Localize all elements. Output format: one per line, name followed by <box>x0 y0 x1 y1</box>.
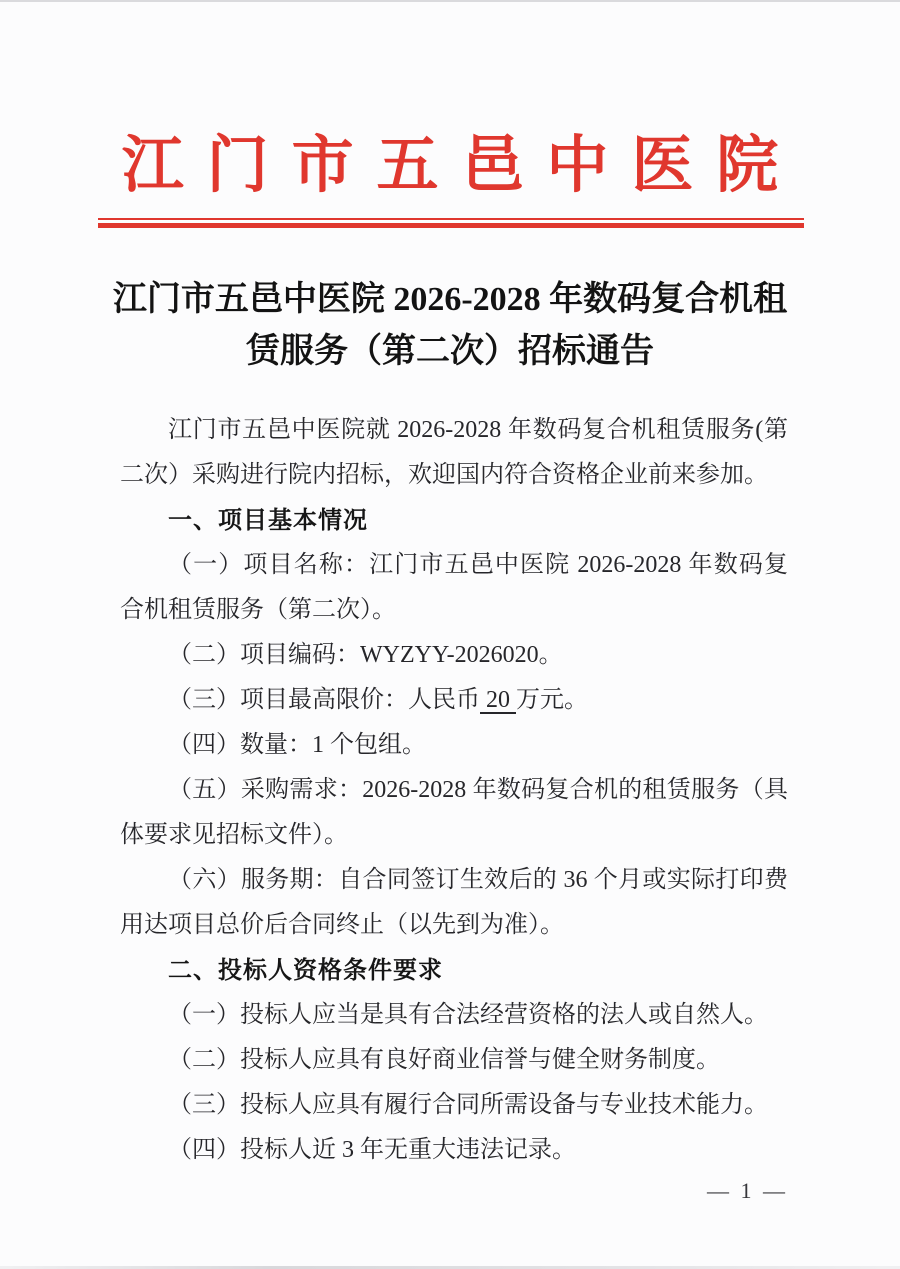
text-line: 一、项目基本情况 <box>120 498 788 543</box>
text-segment: （六）服务期：自合同签订生效后的 36 个月或实际打印费 <box>168 867 788 893</box>
document-body: 江门市五邑中医院就 2026-2028 年数码复合机租赁服务(第二次）采购进行院… <box>120 408 788 1173</box>
paragraph: （六）服务期：自合同签订生效后的 36 个月或实际打印费用达项目总价后合同终止（… <box>120 858 788 948</box>
text-line: （四）数量：1 个包组。 <box>120 723 788 768</box>
text-segment: （三）投标人应具有履行合同所需设备与专业技术能力。 <box>168 1092 768 1118</box>
underlined-value: 20 <box>480 687 516 713</box>
text-segment: （五）采购需求：2026-2028 年数码复合机的租赁服务（具 <box>168 777 788 803</box>
text-line: 合机租赁服务（第二次）。 <box>120 588 788 633</box>
text-line: （六）服务期：自合同签订生效后的 36 个月或实际打印费 <box>120 858 788 903</box>
paragraph: （五）采购需求：2026-2028 年数码复合机的租赁服务（具体要求见招标文件）… <box>120 768 788 858</box>
document-title-line-1: 江门市五邑中医院 2026-2028 年数码复合机租 <box>50 274 850 326</box>
text-segment: （三）项目最高限价：人民币 <box>168 687 480 713</box>
text-segment: （一）投标人应当是具有合法经营资格的法人或自然人。 <box>168 1002 768 1028</box>
text-segment: 二次）采购进行院内招标，欢迎国内符合资格企业前来参加。 <box>120 462 768 488</box>
paragraph: （一）项目名称：江门市五邑中医院 2026-2028 年数码复合机租赁服务（第二… <box>120 543 788 633</box>
paragraph: （四）数量：1 个包组。 <box>120 723 788 768</box>
text-segment: 用达项目总价后合同终止（以先到为准）。 <box>120 912 564 938</box>
text-line: 二、投标人资格条件要求 <box>120 948 788 993</box>
scan-edge-artifact-top <box>0 0 900 2</box>
text-segment: 万元。 <box>516 687 588 713</box>
text-line: 用达项目总价后合同终止（以先到为准）。 <box>120 903 788 948</box>
section-heading: 一、项目基本情况 <box>120 498 788 543</box>
paragraph: （二）项目编码：WYZYY-2026020。 <box>120 633 788 678</box>
paragraph: 江门市五邑中医院就 2026-2028 年数码复合机租赁服务(第二次）采购进行院… <box>120 408 788 498</box>
text-line: （一）投标人应当是具有合法经营资格的法人或自然人。 <box>120 993 788 1038</box>
text-line: 二次）采购进行院内招标，欢迎国内符合资格企业前来参加。 <box>120 453 788 498</box>
text-line: （二）项目编码：WYZYY-2026020。 <box>120 633 788 678</box>
text-line: （二）投标人应具有良好商业信誉与健全财务制度。 <box>120 1038 788 1083</box>
text-line: （一）项目名称：江门市五邑中医院 2026-2028 年数码复 <box>120 543 788 588</box>
text-segment: 二、投标人资格条件要求 <box>168 957 443 984</box>
hospital-masthead: 江门市五邑中医院 <box>0 126 900 206</box>
text-segment: （一）项目名称：江门市五邑中医院 2026-2028 年数码复 <box>168 552 788 578</box>
document-title: 江门市五邑中医院 2026-2028 年数码复合机租 赁服务（第二次）招标通告 <box>50 274 850 378</box>
paragraph: （三）投标人应具有履行合同所需设备与专业技术能力。 <box>120 1083 788 1128</box>
text-line: （四）投标人近 3 年无重大违法记录。 <box>120 1128 788 1173</box>
paragraph: （四）投标人近 3 年无重大违法记录。 <box>120 1128 788 1173</box>
section-heading: 二、投标人资格条件要求 <box>120 948 788 993</box>
text-segment: （二）投标人应具有良好商业信誉与健全财务制度。 <box>168 1047 720 1073</box>
text-line: 体要求见招标文件）。 <box>120 813 788 858</box>
paragraph: （三）项目最高限价：人民币 20 万元。 <box>120 678 788 723</box>
page-number: — 1 — <box>707 1178 788 1204</box>
text-line: （五）采购需求：2026-2028 年数码复合机的租赁服务（具 <box>120 768 788 813</box>
text-segment: （二）项目编码：WYZYY-2026020。 <box>168 642 563 668</box>
text-segment: 江门市五邑中医院就 2026-2028 年数码复合机租赁服务(第 <box>168 417 788 443</box>
text-line: （三）项目最高限价：人民币 20 万元。 <box>120 678 788 723</box>
text-segment: 一、项目基本情况 <box>168 507 368 534</box>
text-line: （三）投标人应具有履行合同所需设备与专业技术能力。 <box>120 1083 788 1128</box>
text-segment: 体要求见招标文件）。 <box>120 822 348 848</box>
scanned-document-page: 江门市五邑中医院 江门市五邑中医院 2026-2028 年数码复合机租 赁服务（… <box>0 0 900 1269</box>
text-segment: （四）投标人近 3 年无重大违法记录。 <box>168 1137 576 1163</box>
paragraph: （二）投标人应具有良好商业信誉与健全财务制度。 <box>120 1038 788 1083</box>
document-title-line-2: 赁服务（第二次）招标通告 <box>50 326 850 378</box>
text-segment: 合机租赁服务（第二次）。 <box>120 597 396 623</box>
paragraph: （一）投标人应当是具有合法经营资格的法人或自然人。 <box>120 993 788 1038</box>
masthead-double-rule <box>98 218 804 228</box>
text-line: 江门市五邑中医院就 2026-2028 年数码复合机租赁服务(第 <box>120 408 788 453</box>
text-segment: （四）数量：1 个包组。 <box>168 732 426 758</box>
